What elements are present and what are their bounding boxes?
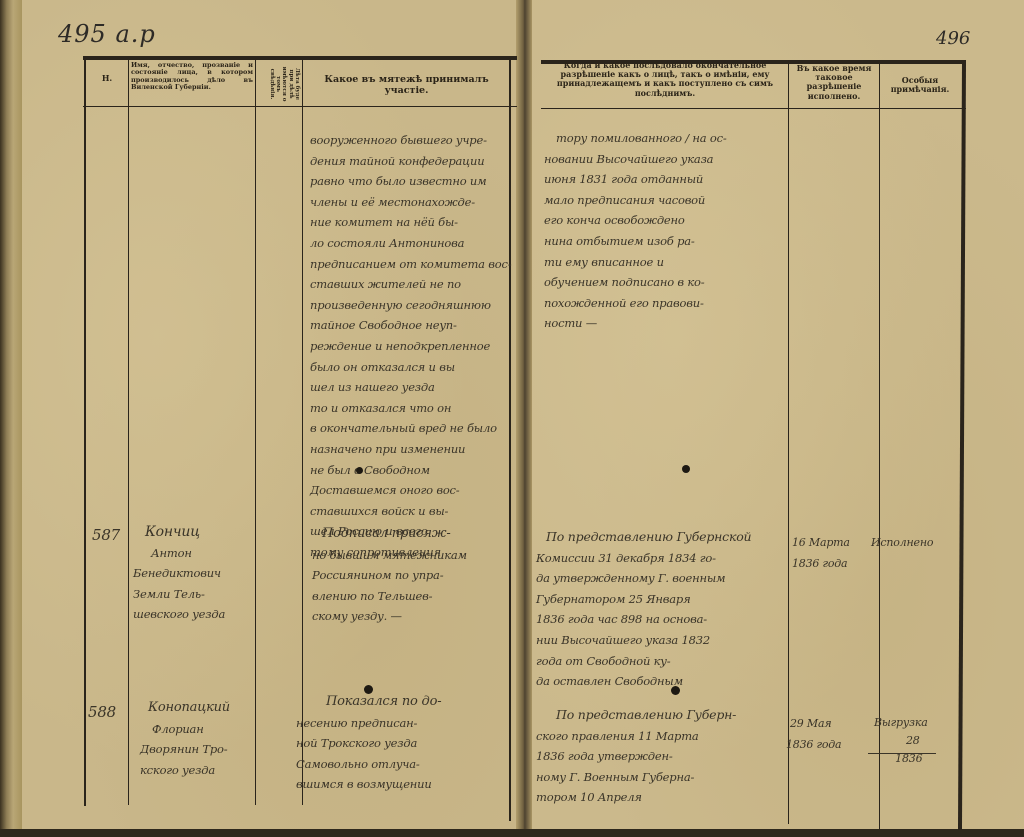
page-stack-edge (0, 0, 22, 837)
col-divider-number (128, 60, 129, 805)
ink-blot (682, 465, 690, 473)
header-executed: Въ какое время таковое разрѣшеніе исполн… (791, 64, 877, 101)
left-header-bottom-rule (83, 106, 517, 107)
entry-588-number: 588 (88, 702, 116, 723)
entry-587-notes: Исполнено (871, 533, 933, 554)
notes-fraction-line (868, 753, 936, 754)
entry-588-resolution: По представлению Губерн- ского правления… (536, 705, 736, 808)
entry-588-notes: Выгрузка 28 1836 (874, 714, 928, 768)
col-divider-name (255, 60, 256, 805)
header-number: Н. (88, 74, 126, 83)
header-participation: Какое въ мятежѣ принималъ участіе. (304, 75, 509, 97)
folio-number-left: 495 а.р (58, 20, 156, 48)
header-name: Имя, отчество, прозваніе и состояніе лиц… (131, 62, 253, 92)
right-header-bottom-rule (541, 108, 966, 109)
resolution-continuation: тору помилованного / на ос- новании Высо… (544, 128, 727, 334)
col-divider-resolution (788, 64, 789, 824)
entry-588-executed: 29 Мая 1836 года (786, 714, 841, 755)
ink-blot (356, 467, 363, 474)
entry-587-executed: 16 Марта 1836 года (792, 533, 850, 574)
bottom-shadow (0, 829, 1024, 837)
entry-587-resolution: По представлению Губернской Комиссии 31 … (536, 527, 751, 692)
header-age: Лѣта буде при дѣлѣ имѣются о томъ свѣдѣн… (256, 60, 302, 106)
entry-587-name: Кончиц Антон Бенедиктович Земли Тель- ше… (133, 522, 225, 625)
participation-continuation: вооруженного бывшего учре- дения тайной … (310, 130, 511, 562)
header-age-text: Лѣта буде при дѣлѣ имѣются о томъ свѣдѣн… (268, 62, 300, 106)
folio-number-right: 496 (936, 28, 970, 49)
entry-587-participation: Подписал присяж- но бывшим мятежникам Ро… (312, 524, 467, 627)
entry-588-name: Конопацкий Флориан Дворянин Тро- кского … (140, 698, 230, 780)
ink-blot (364, 685, 373, 694)
header-notes: Особыя примѣчанія. (882, 76, 958, 94)
entry-587-number: 587 (92, 525, 120, 546)
entry-588-participation: Показался по до- несению предписан- ной … (296, 692, 441, 795)
header-resolution: Когда и какое послѣдовало окончательное … (544, 61, 786, 98)
ink-blot (671, 686, 680, 695)
left-outer-border (84, 56, 86, 806)
book-gutter (516, 0, 532, 837)
